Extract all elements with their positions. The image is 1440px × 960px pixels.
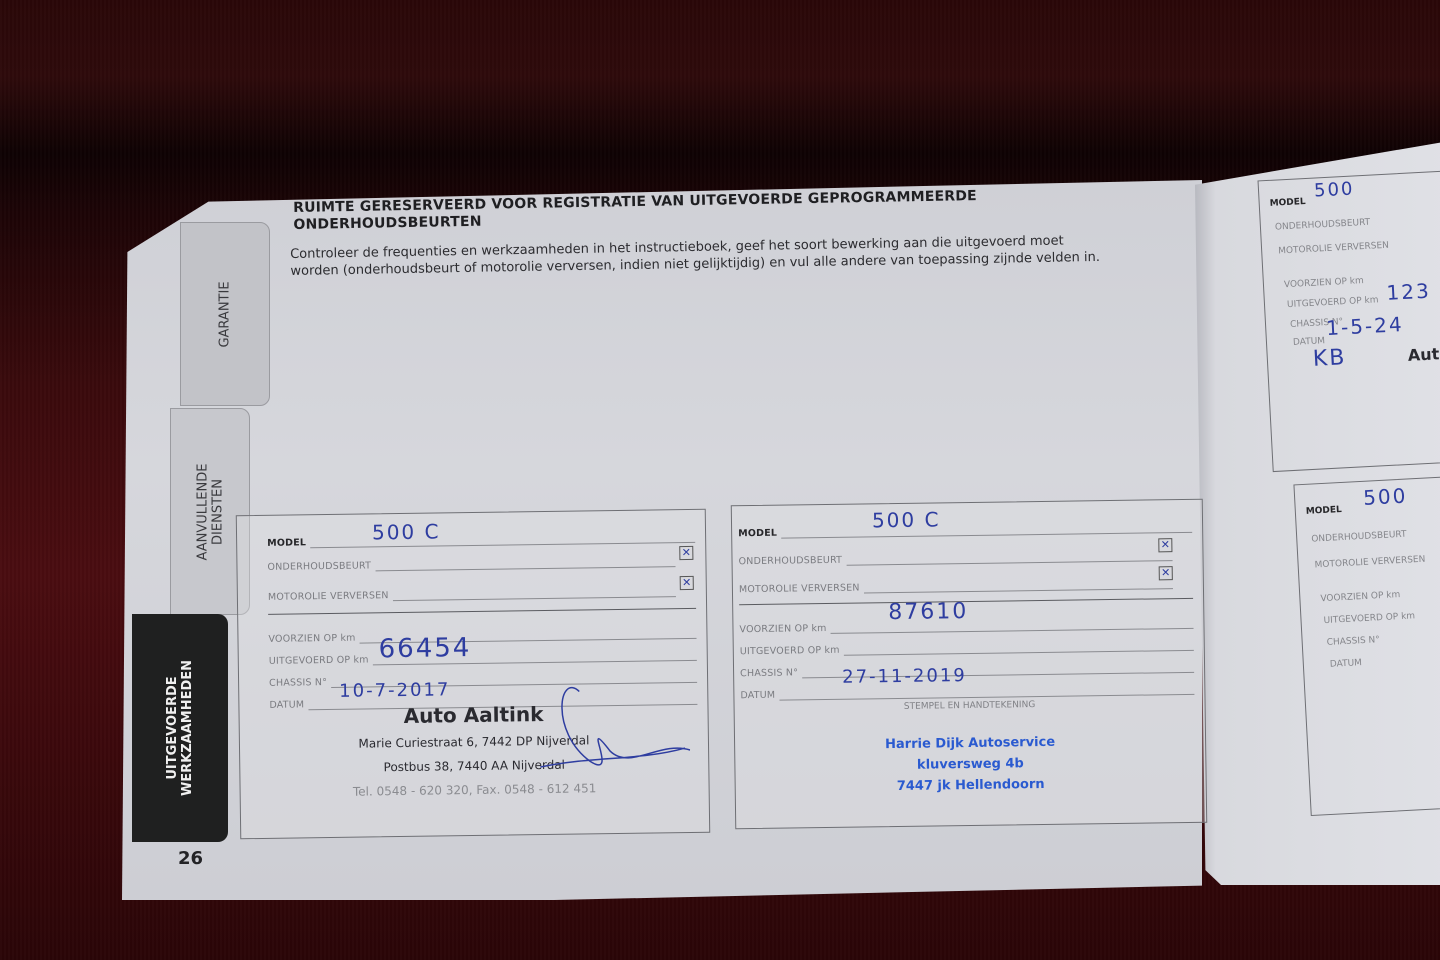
datum-value: 10-7-2017 xyxy=(339,679,450,702)
tab-label: AANVULLENDEDIENSTEN xyxy=(195,463,225,560)
model-value: 500 xyxy=(1363,484,1408,510)
chassis-label: CHASSIS N° xyxy=(269,677,327,689)
model-text: 500 C xyxy=(872,507,941,532)
voorzien-label: VOORZIEN OP km xyxy=(1320,590,1400,604)
initials-value: KB xyxy=(1312,345,1347,372)
model-label: MODEL xyxy=(267,537,306,549)
datum-label: DATUM xyxy=(740,690,775,701)
motorolie-label: MOTOROLIE VERVERSEN xyxy=(1314,555,1425,571)
onderhoudsbeurt-label: ONDERHOUDSBEURT xyxy=(738,555,842,567)
page-number: 26 xyxy=(178,848,203,869)
onderhoudsbeurt-checkbox[interactable]: ✕ xyxy=(1158,538,1172,552)
tab-label: GARANTIE xyxy=(218,281,233,347)
model-label: MODEL xyxy=(738,528,777,540)
motorolie-label: MOTOROLIE VERVERSEN xyxy=(268,590,389,603)
uitgevoerd-label: UITGEVOERD OP km xyxy=(1287,295,1379,310)
model-value: 500 C xyxy=(872,507,941,532)
onderhoudsbeurt-label: ONDERHOUDSBEURT xyxy=(1311,530,1407,545)
motorolie-label: MOTOROLIE VERVERSEN xyxy=(739,583,860,596)
datum-label: DATUM xyxy=(1330,658,1363,670)
maintenance-record-1: MODEL 500 C ONDERHOUDSBEURT ✕ MOTOROLIE … xyxy=(236,509,710,840)
signature-scribble xyxy=(519,670,691,802)
onderhoudsbeurt-checkbox[interactable]: ✕ xyxy=(679,546,693,560)
tab-label: UITGEVOERDEWERKZAAMHEDEN xyxy=(165,660,195,796)
uitgevoerd-label: UITGEVOERD OP km xyxy=(269,654,369,666)
tab-label-line: DIENSTEN xyxy=(210,463,225,560)
tab-label-line: AANVULLENDE xyxy=(195,463,210,560)
uitgevoerd-label: UITGEVOERD OP km xyxy=(740,645,840,657)
model-label: MODEL xyxy=(1269,197,1305,209)
uitgevoerd-km-value: 123 xyxy=(1386,279,1431,305)
motorolie-label: MOTOROLIE VERVERSEN xyxy=(1278,241,1389,257)
tab-garantie[interactable]: GARANTIE xyxy=(180,222,270,406)
datum-value: 1-5-24 xyxy=(1326,312,1404,340)
motorolie-checkbox[interactable]: ✕ xyxy=(1159,566,1173,580)
right-record-1: MODEL 500 ONDERHOUDSBEURT MOTOROLIE VERV… xyxy=(1257,170,1440,472)
voorzien-label: VOORZIEN OP km xyxy=(268,633,355,645)
voorzien-km-value: 87610 xyxy=(888,599,968,625)
uitgevoerd-km-value: 66454 xyxy=(378,633,471,664)
chassis-label: CHASSIS N° xyxy=(740,667,798,679)
right-record-2: MODEL 500 ONDERHOUDSBEURT MOTOROLIE VERV… xyxy=(1293,476,1440,816)
voorzien-label: VOORZIEN OP km xyxy=(1284,276,1364,290)
onderhoudsbeurt-label: ONDERHOUDSBEURT xyxy=(267,560,371,572)
maintenance-record-2: MODEL 500 C ONDERHOUDSBEURT ✕ MOTOROLIE … xyxy=(731,499,1207,830)
tab-uitgevoerde-werkzaamheden[interactable]: UITGEVOERDEWERKZAAMHEDEN xyxy=(132,614,228,842)
model-value: 500 C xyxy=(372,519,441,544)
model-label: MODEL xyxy=(1306,505,1342,517)
datum-value: 27-11-2019 xyxy=(842,665,967,688)
model-value: 500 xyxy=(1314,178,1355,201)
stamp-partial: Auto xyxy=(1407,344,1440,365)
uitgevoerd-label: UITGEVOERD OP km xyxy=(1323,611,1415,626)
tab-label-line: UITGEVOERDE xyxy=(165,660,180,796)
tab-label-line: WERKZAAMHEDEN xyxy=(180,660,195,796)
chassis-label: CHASSIS N° xyxy=(1327,635,1381,648)
motorolie-checkbox[interactable]: ✕ xyxy=(680,576,694,590)
onderhoudsbeurt-label: ONDERHOUDSBEURT xyxy=(1275,218,1371,233)
voorzien-label: VOORZIEN OP km xyxy=(739,623,826,635)
